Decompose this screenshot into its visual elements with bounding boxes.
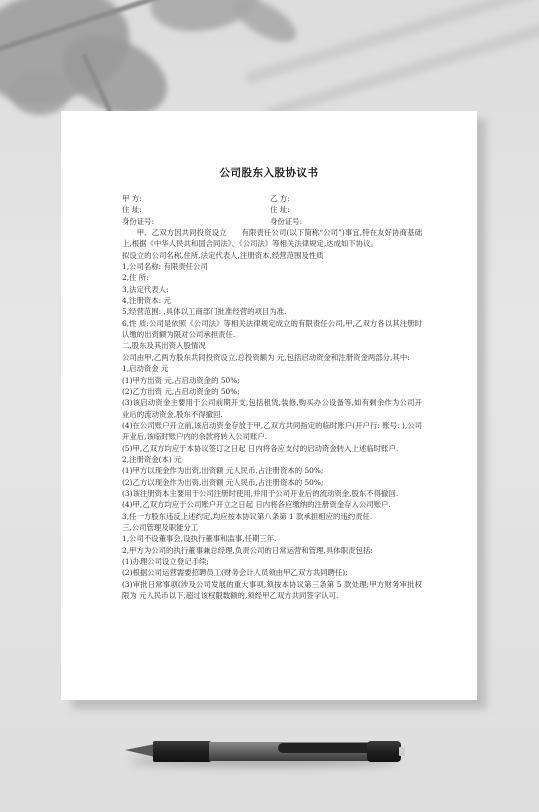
clause-line: (2)乙方出资 元,占启动资金的 50%;	[122, 386, 422, 397]
party-b-address: 住 址:	[270, 204, 290, 215]
clause-line: 1,启动资金 元	[122, 363, 422, 374]
ballpoint-pen	[125, 737, 405, 767]
clause-line: 2,甲方为公司的执行董事兼总经理,负责公司的日常运营和管理,具体职责包括:	[122, 545, 422, 556]
party-a-id: 身份证号:	[122, 216, 270, 227]
clause-line: (1)办理公司设立登记手续;	[122, 556, 422, 567]
plant-shadow	[10, 70, 70, 115]
party-row: 身份证号: 身份证号:	[122, 216, 422, 227]
party-a-label: 甲 方:	[122, 193, 270, 204]
clause-line: (2)乙方以现金作为出资,出资额 元人民币,占注册资本的 50%;	[122, 477, 422, 488]
clause-line: 3,法定代表人:	[122, 284, 422, 295]
clause-list: 甲、乙双方因共同投资设立 有限责任公司(以下简称“公司”)事宜,特在友好协商基础…	[122, 227, 422, 601]
clause-line: (2)根据公司运营需要招聘员工(财务会计人员须由甲乙双方共同聘任);	[122, 567, 422, 578]
clause-line: 1,公司名称: 有限责任公司	[122, 261, 422, 272]
plant-shadow	[227, 0, 303, 50]
clause-line: 3,任一方股东违反上述约定,均应按本协议第八条第 1 款承担相应的违约责任.	[122, 511, 422, 522]
document-page: 公司股东入股协议书 甲 方: 乙 方: 住 址: 住 址: 身份证号: 身份证号…	[61, 111, 477, 700]
document-title: 公司股东入股协议书	[61, 165, 477, 180]
document-body: 甲 方: 乙 方: 住 址: 住 址: 身份证号: 身份证号: 甲、乙双方因共同…	[122, 193, 422, 601]
clause-line: 甲、乙双方因共同投资设立 有限责任公司(以下简称“公司”)事宜,特在友好协商基础…	[122, 227, 422, 250]
party-b-label: 乙 方:	[270, 193, 290, 204]
clause-line: (1)甲方以现金作为出资,出资额 元人民币,占注册资本的 50%;	[122, 465, 422, 476]
clause-line: 二,股东及其出资入股情况	[122, 340, 422, 351]
clause-line: 三,公司管理及职能分工	[122, 522, 422, 533]
clause-line: 1,公司不设董事会,设执行董事和监事,任期三年.	[122, 533, 422, 544]
clause-line: (3)该启动资金主要用于公司前期开支,包括租赁,装修,购买办公设备等,如有剩余作…	[122, 397, 422, 420]
party-row: 甲 方: 乙 方:	[122, 193, 422, 204]
clause-line: (1)甲方出资 元,占启动资金的 50%;	[122, 375, 422, 386]
clause-line: 4,注册资本: 元	[122, 295, 422, 306]
clause-line: (4)在公司账户开立前,该启动资金存放于甲,乙双方共同指定的临时账户(开户行: …	[122, 420, 422, 443]
clause-line: (5)甲,乙双方均应于本协议签订之日起 日内将各应支付的启动资金转入上述临时账户…	[122, 443, 422, 454]
party-b-id: 身份证号:	[270, 216, 302, 227]
clause-line: 5,经营范围: ,具体以工商部门批准经营的项目为准.	[122, 306, 422, 317]
party-row: 住 址: 住 址:	[122, 204, 422, 215]
party-a-address: 住 址:	[122, 204, 270, 215]
clause-line: (3)该注册资本主要用于公司注册时使用,并用于公司开业后的流动资金,股东不得撤回…	[122, 488, 422, 499]
clause-line: 公司由甲,乙两方股东共同投资设立,总投资额为 元,包括启动资金和注册资金两部分,…	[122, 352, 422, 363]
clause-line: 2,住 所:	[122, 272, 422, 283]
clause-line: (4)甲,乙双方均应于公司账户开立之日起 日内将各应缴纳的注册资金存入公司账户.	[122, 499, 422, 510]
clause-line: 拟设立的公司名称,住所,法定代表人,注册资本,经营范围及性质	[122, 250, 422, 261]
clause-line: 2,注册资金(本) 元	[122, 454, 422, 465]
clause-line: (3)审批日常事项(涉及公司发展的重大事项,须按本协议第三条第 5 款处理;甲方…	[122, 579, 422, 602]
clause-line: 6,性 质:公司是依照《公司法》等相关法律规定成立的有限责任公司,甲,乙双方各以…	[122, 318, 422, 341]
